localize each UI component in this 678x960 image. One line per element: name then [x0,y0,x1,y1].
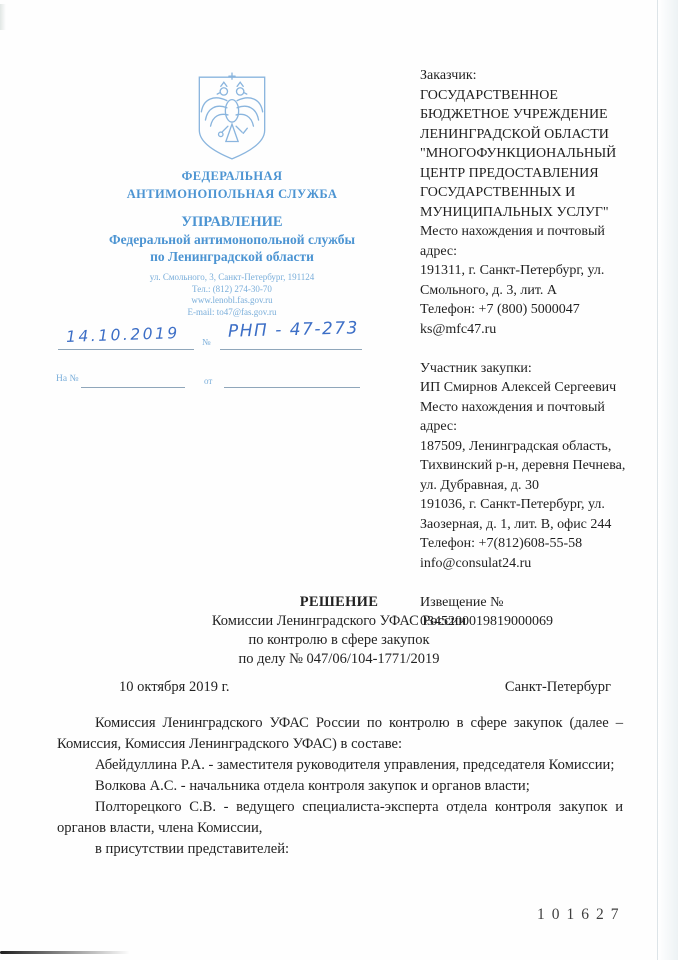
number-underline [220,349,362,350]
customer-email: ks@mfc47.ru [420,320,672,340]
customer-line: 191311, г. Санкт-Петербург, ул. [420,261,672,281]
page-stamp-number: 101627 [537,906,626,924]
decision-body: Комиссия Ленинградского УФАС России по к… [57,713,623,860]
participant-line: Тихвинский р-н, деревня Печнева, [420,456,672,476]
decision-title: РЕШЕНИЕ [0,593,678,612]
decision-city: Санкт-Петербург [505,679,623,696]
contact-address: ул. Смольного, 3, Санкт-Петербург, 19112… [52,272,412,284]
contact-email: E-mail: to47@fas.gov.ru [52,307,412,319]
office-subtitle: Федеральной антимонопольной службы [52,231,412,248]
body-paragraph: Полторецкого С.В. - ведущего специалиста… [57,797,623,839]
scan-edge-bottom [0,951,130,954]
decision-subtitle-line: Комиссии Ленинградского УФАС России [0,612,678,631]
body-paragraph: Комиссия Ленинградского УФАС России по к… [57,713,623,755]
customer-line: Смольного, д. 3, лит. А [420,281,672,301]
incoming-reference-row: На № от [52,369,412,395]
date-underline [58,349,194,350]
reply-date-underline [224,387,360,388]
decision-date: 10 октября 2019 г. [57,679,230,696]
participant-line: Заозерная, д. 1, лит. В, офис 244 [420,515,672,535]
participant-line: адрес: [420,417,672,437]
dateline: 10 октября 2019 г. Санкт-Петербург [57,679,623,696]
coat-of-arms-icon [52,70,412,166]
handwritten-date: 14.10.2019 [66,324,180,346]
participant-email: info@consulat24.ru [420,554,672,574]
office-subtitle: по Ленинградской области [52,248,412,265]
participant-line: 191036, г. Санкт-Петербург, ул. [420,495,672,515]
customer-line: ГОСУДАРСТВЕННЫХ И [420,183,672,203]
customer-line: МУНИЦИПАЛЬНЫХ УСЛУГ" [420,203,672,223]
participant-line: Телефон: +7(812)608-55-58 [420,534,672,554]
office-title: УПРАВЛЕНИЕ [52,213,412,231]
handwritten-case-number: РНП - 47-273 [228,318,359,341]
customer-block: Заказчик: ГОСУДАРСТВЕННОЕ БЮДЖЕТНОЕ УЧРЕ… [420,66,672,339]
number-sign-label: № [202,337,211,347]
participant-block: Участник закупки: ИП Смирнов Алексей Сер… [420,359,672,574]
contact-website: www.lenobl.fas.gov.ru [52,295,412,307]
body-paragraph: Абейдуллина Р.А. - заместителя руководит… [57,755,623,776]
customer-line: Телефон: +7 (800) 5000047 [420,300,672,320]
customer-line: ЛЕНИНГРАДСКОЙ ОБЛАСТИ [420,125,672,145]
recipient-column: Заказчик: ГОСУДАРСТВЕННОЕ БЮДЖЕТНОЕ УЧРЕ… [420,66,672,651]
agency-name-line: АНТИМОНОПОЛЬНАЯ СЛУЖБА [52,186,412,202]
customer-line: адрес: [420,242,672,262]
body-paragraph: в присутствии представителей: [57,839,623,860]
participant-line: 187509, Ленинградская область, [420,437,672,457]
letterhead: ФЕДЕРАЛЬНАЯ АНТИМОНОПОЛЬНАЯ СЛУЖБА УПРАВ… [52,70,412,395]
reply-from-label: от [204,376,212,386]
customer-line: ЦЕНТР ПРЕДОСТАВЛЕНИЯ [420,164,672,184]
body-paragraph: Волкова А.С. - начальника отдела контрол… [57,776,623,797]
participant-line: ул. Дубравная, д. 30 [420,476,672,496]
participant-line: ИП Смирнов Алексей Сергеевич [420,378,672,398]
decision-subtitle-line: по контролю в сфере закупок [0,631,678,650]
scan-smudge-top-left [0,4,6,30]
contact-phone: Тел.: (812) 274-30-70 [52,284,412,296]
decision-heading: РЕШЕНИЕ Комиссии Ленинградского УФАС Рос… [0,593,678,669]
scanned-document-page: ФЕДЕРАЛЬНАЯ АНТИМОНОПОЛЬНАЯ СЛУЖБА УПРАВ… [0,0,678,960]
customer-label: Заказчик: [420,66,672,86]
customer-line: БЮДЖЕТНОЕ УЧРЕЖДЕНИЕ [420,105,672,125]
customer-line: ГОСУДАРСТВЕННОЕ [420,86,672,106]
agency-name-line: ФЕДЕРАЛЬНАЯ [52,168,412,184]
reply-number-underline [81,387,185,388]
customer-line: "МНОГОФУНКЦИОНАЛЬНЫЙ [420,144,672,164]
outgoing-reference-row: 14.10.2019 № РНП - 47-273 [52,326,412,360]
reply-to-label: На № [56,374,79,384]
customer-line: Место нахождения и почтовый [420,222,672,242]
participant-line: Место нахождения и почтовый [420,398,672,418]
letterhead-contact: ул. Смольного, 3, Санкт-Петербург, 19112… [52,272,412,318]
decision-case-number: по делу № 047/06/104-1771/2019 [0,650,678,669]
participant-label: Участник закупки: [420,359,672,379]
